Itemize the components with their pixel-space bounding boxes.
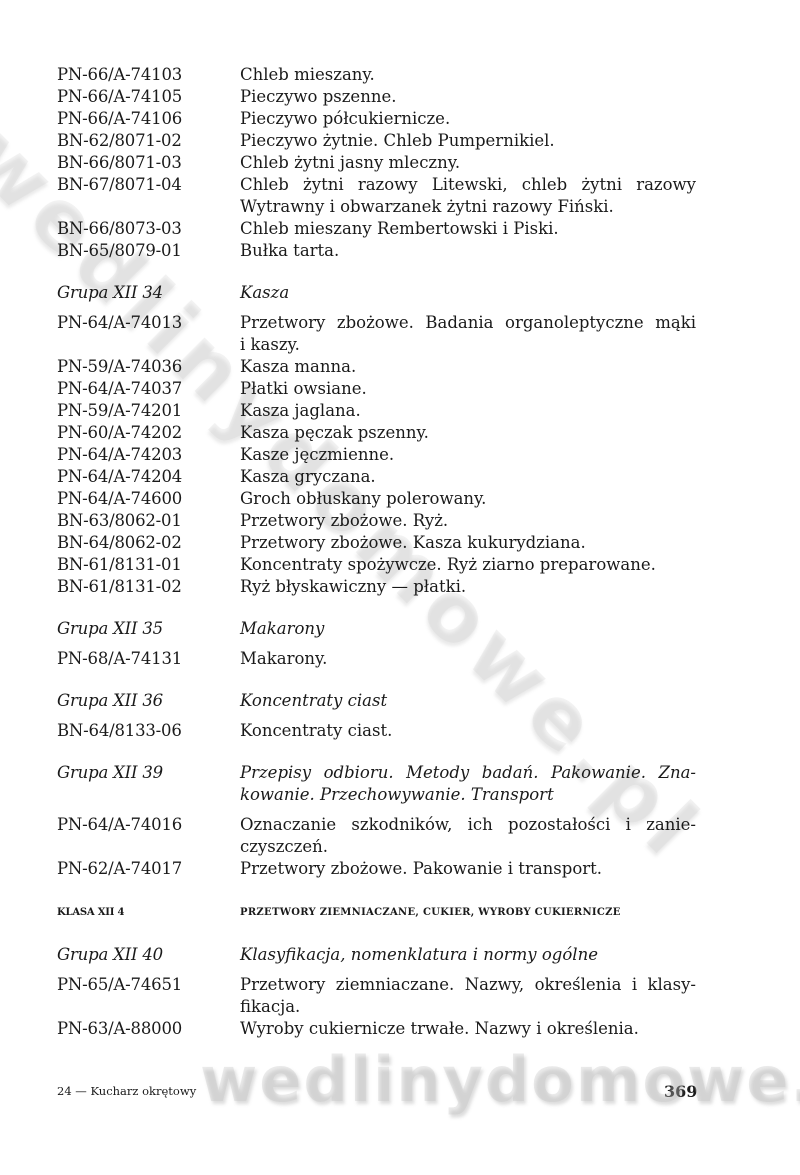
- description-line: Przepisy odbioru. Metody badań. Pakowani…: [240, 762, 696, 784]
- group-label: Grupa XII 34: [57, 282, 237, 304]
- standard-description: Chleb mieszany.: [240, 64, 696, 86]
- standard-code: PN-62/A-74017: [57, 858, 237, 880]
- description-line: Koncentraty ciast: [240, 690, 696, 712]
- standard-code: PN-66/A-74106: [57, 108, 237, 130]
- standard-description: Chleb żytni jasny mleczny.: [240, 152, 696, 174]
- description-line: Przetwory zbożowe. Ryż.: [240, 510, 696, 532]
- standard-description: Przetwory zbożowe. Pakowanie i transport…: [240, 858, 696, 880]
- standard-description: Pieczywo żytnie. Chleb Pumpernikiel.: [240, 130, 696, 152]
- standard-description: Płatki owsiane.: [240, 378, 696, 400]
- standard-code: BN-66/8071-03: [57, 152, 237, 174]
- description-line: Wyroby cukiernicze trwałe. Nazwy i okreś…: [240, 1018, 696, 1040]
- class-title: PRZETWORY ZIEMNIACZANE, CUKIER, WYROBY C…: [240, 902, 696, 924]
- description-line: Przetwory zbożowe. Kasza kukurydziana.: [240, 532, 696, 554]
- standard-code: BN-62/8071-02: [57, 130, 237, 152]
- bottom-watermark: wedlinydomowe.pl: [200, 1043, 800, 1116]
- standard-code: BN-61/8131-02: [57, 576, 237, 598]
- description-line: Groch obłuskany polerowany.: [240, 488, 696, 510]
- description-line: Bułka tarta.: [240, 240, 696, 262]
- standard-description: Przetwory zbożowe. Ryż.: [240, 510, 696, 532]
- description-line: Kasze jęczmienne.: [240, 444, 696, 466]
- standard-code: PN-59/A-74036: [57, 356, 237, 378]
- description-line: Chleb żytni razowy Litewski, chleb żytni…: [240, 174, 696, 196]
- description-line: Kasza pęczak pszenny.: [240, 422, 696, 444]
- description-line: czyszczeń.: [240, 836, 696, 858]
- standard-description: Wyroby cukiernicze trwałe. Nazwy i okreś…: [240, 1018, 696, 1040]
- standard-code: PN-59/A-74201: [57, 400, 237, 422]
- standard-code: BN-63/8062-01: [57, 510, 237, 532]
- description-line: kowanie. Przechowywanie. Transport: [240, 784, 696, 806]
- standard-code: PN-66/A-74103: [57, 64, 237, 86]
- standard-description: Kasza pęczak pszenny.: [240, 422, 696, 444]
- description-line: Przetwory zbożowe. Pakowanie i transport…: [240, 858, 696, 880]
- group-title: Kasza: [240, 282, 696, 304]
- class-label: KLASA XII 4: [57, 902, 237, 924]
- standard-code: PN-64/A-74016: [57, 814, 237, 836]
- group-title: Klasyfikacja, nomenklatura i normy ogóln…: [240, 944, 696, 966]
- standard-code: PN-64/A-74203: [57, 444, 237, 466]
- standard-description: Chleb żytni razowy Litewski, chleb żytni…: [240, 174, 696, 218]
- standard-code: BN-64/8133-06: [57, 720, 237, 742]
- standard-code: PN-64/A-74600: [57, 488, 237, 510]
- description-line: Koncentraty ciast.: [240, 720, 696, 742]
- standard-description: Koncentraty spożywcze. Ryż ziarno prepar…: [240, 554, 696, 576]
- standard-description: Chleb mieszany Rembertowski i Piski.: [240, 218, 696, 240]
- standard-description: Kasza manna.: [240, 356, 696, 378]
- group-title: Makarony: [240, 618, 696, 640]
- description-line: Ryż błyskawiczny — płatki.: [240, 576, 696, 598]
- group-label: Grupa XII 39: [57, 762, 237, 784]
- standard-description: Przetwory zbożowe. Kasza kukurydziana.: [240, 532, 696, 554]
- standard-description: Pieczywo półcukiernicze.: [240, 108, 696, 130]
- description-line: Kasza: [240, 282, 696, 304]
- standard-description: Kasze jęczmienne.: [240, 444, 696, 466]
- description-line: Makarony.: [240, 648, 696, 670]
- group-label: Grupa XII 35: [57, 618, 237, 640]
- standard-description: Kasza gryczana.: [240, 466, 696, 488]
- standard-code: PN-64/A-74037: [57, 378, 237, 400]
- standard-code: BN-66/8073-03: [57, 218, 237, 240]
- standard-code: PN-60/A-74202: [57, 422, 237, 444]
- description-line: Pieczywo pszenne.: [240, 86, 696, 108]
- description-line: fikacja.: [240, 996, 696, 1018]
- standard-description: Kasza jaglana.: [240, 400, 696, 422]
- standard-code: PN-66/A-74105: [57, 86, 237, 108]
- description-line: Przetwory zbożowe. Badania organoleptycz…: [240, 312, 696, 334]
- standard-code: BN-61/8131-01: [57, 554, 237, 576]
- group-title: Koncentraty ciast: [240, 690, 696, 712]
- description-line: Kasza gryczana.: [240, 466, 696, 488]
- description-line: Kasza manna.: [240, 356, 696, 378]
- standard-description: Ryż błyskawiczny — płatki.: [240, 576, 696, 598]
- group-label: Grupa XII 40: [57, 944, 237, 966]
- footer-running-title: 24 — Kucharz okrętowy: [57, 1084, 196, 1098]
- standard-code: BN-65/8079-01: [57, 240, 237, 262]
- standard-code: PN-64/A-74013: [57, 312, 237, 334]
- description-line: Chleb mieszany.: [240, 64, 696, 86]
- page-number: 369: [664, 1082, 697, 1101]
- description-line: Koncentraty spożywcze. Ryż ziarno prepar…: [240, 554, 696, 576]
- group-title: Przepisy odbioru. Metody badań. Pakowani…: [240, 762, 696, 806]
- description-line: Przetwory ziemniaczane. Nazwy, określeni…: [240, 974, 696, 996]
- standard-code: BN-64/8062-02: [57, 532, 237, 554]
- description-line: Wytrawny i obwarzanek żytni razowy Fińsk…: [240, 196, 696, 218]
- description-line: Klasyfikacja, nomenklatura i normy ogóln…: [240, 944, 696, 966]
- document-page: wedlinydomowe.pl PN-66/A-74103Chleb mies…: [0, 0, 800, 1175]
- standard-description: Pieczywo pszenne.: [240, 86, 696, 108]
- description-line: Pieczywo żytnie. Chleb Pumpernikiel.: [240, 130, 696, 152]
- standard-code: PN-65/A-74651: [57, 974, 237, 996]
- description-line: PRZETWORY ZIEMNIACZANE, CUKIER, WYROBY C…: [240, 902, 696, 924]
- description-line: Makarony: [240, 618, 696, 640]
- description-line: Chleb żytni jasny mleczny.: [240, 152, 696, 174]
- description-line: i kaszy.: [240, 334, 696, 356]
- group-label: Grupa XII 36: [57, 690, 237, 712]
- description-line: Oznaczanie szkodników, ich pozostałości …: [240, 814, 696, 836]
- description-line: Pieczywo półcukiernicze.: [240, 108, 696, 130]
- description-line: Kasza jaglana.: [240, 400, 696, 422]
- standard-description: Bułka tarta.: [240, 240, 696, 262]
- standard-description: Koncentraty ciast.: [240, 720, 696, 742]
- standard-code: PN-68/A-74131: [57, 648, 237, 670]
- standard-description: Przetwory zbożowe. Badania organoleptycz…: [240, 312, 696, 356]
- standard-description: Groch obłuskany polerowany.: [240, 488, 696, 510]
- description-line: Płatki owsiane.: [240, 378, 696, 400]
- standard-code: PN-64/A-74204: [57, 466, 237, 488]
- standard-description: Oznaczanie szkodników, ich pozostałości …: [240, 814, 696, 858]
- standard-code: PN-63/A-88000: [57, 1018, 237, 1040]
- standard-description: Makarony.: [240, 648, 696, 670]
- standard-code: BN-67/8071-04: [57, 174, 237, 196]
- description-line: Chleb mieszany Rembertowski i Piski.: [240, 218, 696, 240]
- standard-description: Przetwory ziemniaczane. Nazwy, określeni…: [240, 974, 696, 1018]
